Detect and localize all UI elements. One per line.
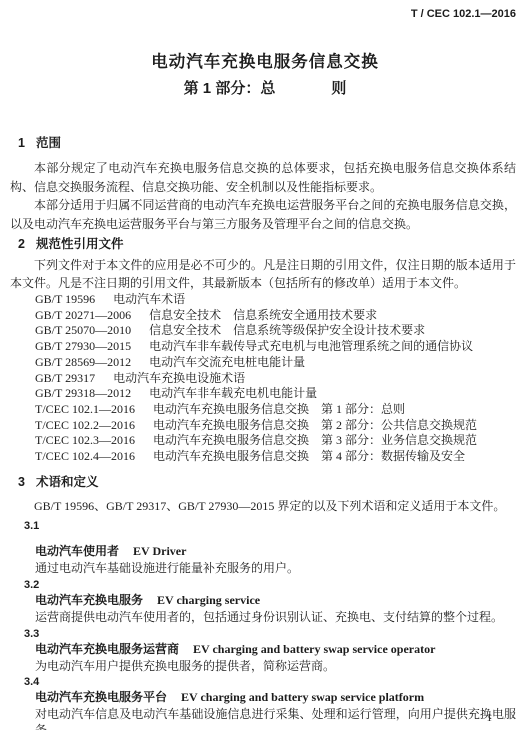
reference-item: T/CEC 102.1—2016电动汽车充换电服务信息交换 第 1 部分：总则 — [35, 402, 516, 418]
reference-code: T/CEC 102.2—2016 — [35, 418, 135, 432]
reference-title: 信息安全技术 信息系统等级保护安全设计技术要求 — [149, 323, 425, 337]
term-zh: 电动汽车充换电服务 — [35, 593, 143, 607]
reference-code: GB/T 25070—2010 — [35, 323, 131, 337]
term-heading: 电动汽车充换电服务EV charging service — [35, 593, 516, 608]
terms-intro: GB/T 19596、GB/T 29317、GB/T 27930—2015 界定… — [10, 497, 516, 515]
term-en: EV charging and battery swap service ope… — [193, 642, 435, 656]
reference-item: GB/T 25070—2010信息安全技术 信息系统等级保护安全设计技术要求 — [35, 323, 516, 339]
reference-item: GB/T 20271—2006信息安全技术 信息系统安全通用技术要求 — [35, 308, 516, 324]
term-zh: 电动汽车充换电服务平台 — [35, 690, 167, 704]
reference-code: GB/T 29318—2012 — [35, 386, 131, 400]
document-page: T / CEC 102.1—2016 电动汽车充换电服务信息交换 第 1 部分：… — [0, 0, 530, 730]
reference-title: 电动汽车非车载传导式充电机与电池管理系统之间的通信协议 — [149, 339, 473, 353]
reference-code: T/CEC 102.4—2016 — [35, 449, 135, 463]
term-en: EV charging service — [157, 593, 260, 607]
reference-item: T/CEC 102.3—2016电动汽车充换电服务信息交换 第 3 部分：业务信… — [35, 433, 516, 449]
scope-paragraphs: 本部分规定了电动汽车充换电服务信息交换的总体要求，包括充换电服务信息交换体系结构… — [10, 159, 516, 233]
reference-item: GB/T 29317电动汽车充换电设施术语 — [35, 371, 516, 387]
term-number: 3.3 — [24, 628, 530, 641]
reference-item: T/CEC 102.2—2016电动汽车充换电服务信息交换 第 2 部分：公共信… — [35, 418, 516, 434]
reference-title: 电动汽车非车载充电机电能计量 — [149, 386, 317, 400]
term-heading: 电动汽车充换电服务运营商EV charging and battery swap… — [35, 642, 516, 657]
part-title-prefix: 第 1 部分：总 — [184, 80, 276, 97]
reference-title: 电动汽车交流充电桩电能计量 — [149, 355, 305, 369]
term-definition: 运营商提供电动汽车使用者的，包括通过身份识别认证、充换电、支付结算的整个过程。 — [35, 609, 516, 625]
term-zh: 电动汽车使用者 — [35, 544, 119, 558]
section-2-label: 规范性引用文件 — [36, 237, 124, 251]
section-1-label: 范围 — [36, 136, 61, 150]
term-definition: 对电动汽车信息及电动汽车基础设施信息进行采集、处理和运行管理，向用户提供充换电服… — [35, 706, 516, 730]
references-intro: 下列文件对于本文件的应用是必不可少的。凡是注日期的引用文件，仅注日期的版本适用于… — [10, 256, 516, 292]
doc-title: 电动汽车充换电服务信息交换 — [0, 51, 530, 73]
section-2-number: 2 — [18, 237, 25, 251]
section-1-heading: 1范围 — [18, 136, 516, 150]
scope-paragraph-2: 本部分适用于归属不同运营商的电动汽车充换电运营服务平台之间的充换电服务信息交换，… — [10, 196, 516, 233]
reference-item: GB/T 29318—2012电动汽车非车载充电机电能计量 — [35, 386, 516, 402]
reference-code: GB/T 28569—2012 — [35, 355, 131, 369]
term-definition: 为电动汽车用户提供充换电服务的提供者，简称运营商。 — [35, 658, 516, 674]
part-title: 第 1 部分：总则 — [0, 79, 530, 98]
term-en: EV Driver — [133, 544, 186, 558]
scope-paragraph-1: 本部分规定了电动汽车充换电服务信息交换的总体要求，包括充换电服务信息交换体系结构… — [10, 159, 516, 196]
reference-title: 电动汽车术语 — [113, 292, 185, 306]
reference-item: GB/T 19596电动汽车术语 — [35, 292, 516, 308]
section-3-heading: 3术语和定义 — [18, 475, 516, 489]
part-title-suffix: 则 — [331, 80, 346, 97]
term-number: 3.1 — [24, 520, 530, 533]
reference-code: T/CEC 102.1—2016 — [35, 402, 135, 416]
term-zh: 电动汽车充换电服务运营商 — [35, 642, 179, 656]
term-en: EV charging and battery swap service pla… — [181, 690, 424, 704]
term-number: 3.2 — [24, 579, 530, 592]
reference-title: 电动汽车充换电服务信息交换 第 2 部分：公共信息交换规范 — [153, 418, 477, 432]
term-number: 3.4 — [24, 676, 530, 689]
reference-code: GB/T 20271—2006 — [35, 308, 131, 322]
reference-item: GB/T 28569—2012电动汽车交流充电桩电能计量 — [35, 355, 516, 371]
reference-title: 信息安全技术 信息系统安全通用技术要求 — [149, 308, 377, 322]
section-3-label: 术语和定义 — [36, 475, 99, 489]
reference-item: T/CEC 102.4—2016电动汽车充换电服务信息交换 第 4 部分：数据传… — [35, 449, 516, 465]
reference-code: GB/T 29317 — [35, 371, 95, 385]
reference-list: GB/T 19596电动汽车术语 GB/T 20271—2006信息安全技术 信… — [35, 292, 516, 465]
reference-code: GB/T 19596 — [35, 292, 95, 306]
reference-title: 电动汽车充换电服务信息交换 第 3 部分：业务信息交换规范 — [153, 433, 477, 447]
term-definition: 通过电动汽车基础设施进行能量补充服务的用户。 — [35, 560, 516, 576]
reference-code: GB/T 27930—2015 — [35, 339, 131, 353]
reference-title: 电动汽车充换电设施术语 — [113, 371, 245, 385]
reference-title: 电动汽车充换电服务信息交换 第 1 部分：总则 — [153, 402, 405, 416]
section-3-number: 3 — [18, 475, 25, 489]
reference-code: T/CEC 102.3—2016 — [35, 433, 135, 447]
term-heading: 电动汽车充换电服务平台EV charging and battery swap … — [35, 690, 516, 705]
reference-item: GB/T 27930—2015电动汽车非车载传导式充电机与电池管理系统之间的通信… — [35, 339, 516, 355]
reference-title: 电动汽车充换电服务信息交换 第 4 部分：数据传输及安全 — [153, 449, 465, 463]
doc-code: T / CEC 102.1—2016 — [0, 0, 530, 21]
page-number: 1 — [487, 712, 493, 725]
section-2-heading: 2规范性引用文件 — [18, 237, 516, 251]
section-1-number: 1 — [18, 136, 25, 150]
term-heading: 电动汽车使用者EV Driver — [35, 544, 516, 559]
